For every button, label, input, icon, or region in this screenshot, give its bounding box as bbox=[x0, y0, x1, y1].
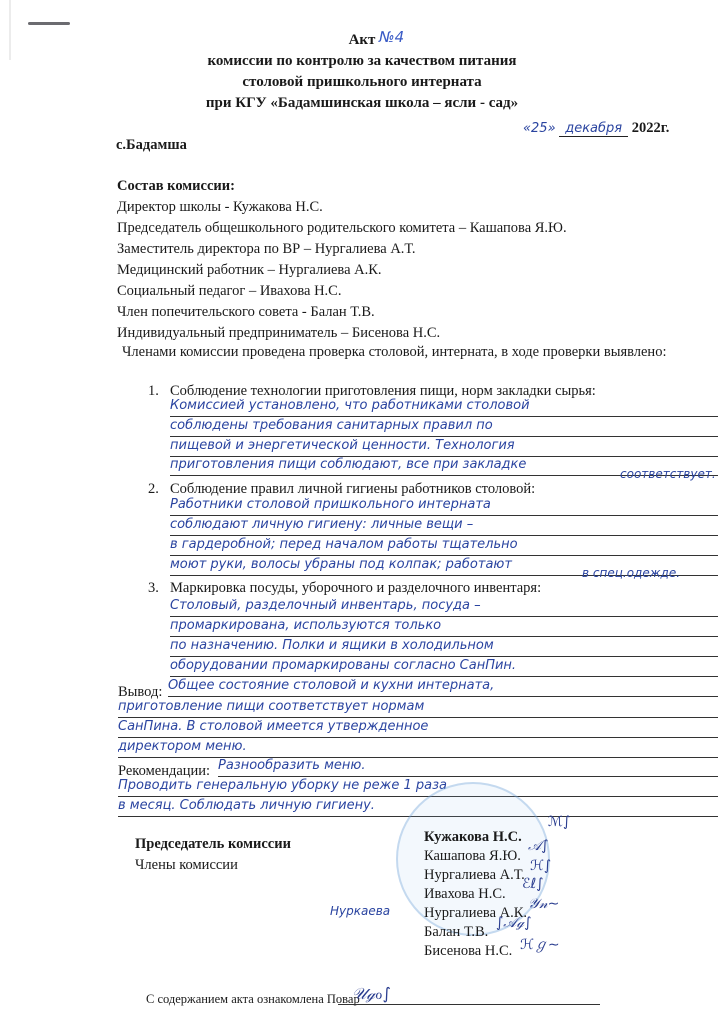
date-day: «25» bbox=[523, 121, 556, 136]
signature-mark: ℳ∫ bbox=[548, 814, 570, 830]
document-page: Акт комиссии по контролю за качеством пи… bbox=[0, 0, 724, 1024]
member-line: Член попечительского совета - Балан Т.В. bbox=[117, 302, 567, 323]
signature-mark: 𝒜∫ bbox=[528, 838, 549, 854]
handwritten-line: директором меню. bbox=[118, 738, 718, 758]
member-line: Социальный педагог – Ивахова Н.С. bbox=[117, 281, 567, 302]
member-name: Бисенова Н.С. bbox=[424, 942, 527, 961]
title-line-1: комиссии по контролю за качеством питани… bbox=[0, 51, 724, 72]
member-line: Индивидуальный предприниматель – Бисенов… bbox=[117, 323, 567, 344]
handwritten-line: Работники столовой пришкольного интернат… bbox=[170, 496, 718, 516]
handwritten-line: пищевой и энергетической ценности. Техно… bbox=[170, 437, 718, 457]
document-title: Акт комиссии по контролю за качеством пи… bbox=[0, 30, 724, 114]
chair-name: Кужакова Н.С. bbox=[424, 828, 527, 847]
handwritten-line: в гардеробной; перед началом работы тщат… bbox=[170, 536, 718, 556]
handwritten-word: соответствует. bbox=[620, 467, 716, 481]
handwritten-word: в спец.одежде. bbox=[582, 566, 680, 580]
signature-mark: ℋℊ∼ bbox=[520, 934, 560, 954]
date-year: 2022г. bbox=[632, 120, 670, 136]
handwritten-line: соблюдены требования санитарных правил п… bbox=[170, 417, 718, 437]
signature-mark: 𝒴𝓃∼ bbox=[528, 896, 559, 912]
date-month: декабря bbox=[559, 121, 628, 137]
chair-label: Председатель комиссии bbox=[135, 836, 291, 853]
member-line: Медицинский работник – Нургалиева А.К. bbox=[117, 260, 567, 281]
act-title: Акт bbox=[0, 30, 724, 51]
handwritten-line: соблюдают личную гигиену: личные вещи – bbox=[170, 516, 718, 536]
member-name: Ивахова Н.С. bbox=[424, 885, 527, 904]
signature-mark: ∫𝒜ℊ∫ bbox=[496, 915, 532, 931]
handwritten-line: Проводить генеральную уборку не реже 1 р… bbox=[118, 777, 718, 797]
cook-acknowledgement: С содержанием акта ознакомлена Повар bbox=[146, 992, 360, 1007]
staple-mark bbox=[28, 22, 70, 25]
cook-signature: 𝒰ℊℴ∫ bbox=[352, 984, 391, 1004]
title-line-3: при КГУ «Бадамшинская школа – ясли - сад… bbox=[0, 93, 724, 114]
members-label: Члены комиссии bbox=[135, 857, 238, 874]
act-number: №4 bbox=[379, 28, 404, 46]
signature-names: Кужакова Н.С. Кашапова Я.Ю. Нургалиева А… bbox=[424, 828, 527, 961]
signature-mark: ℋ∫ bbox=[530, 858, 551, 874]
document-date: «25» декабря 2022г. bbox=[523, 120, 669, 137]
member-line: Председатель общешкольного родительского… bbox=[117, 218, 567, 239]
section-3-title: 3.Маркировка посуды, уборочного и раздел… bbox=[148, 580, 541, 597]
member-line: Директор школы - Кужакова Н.С. bbox=[117, 197, 567, 218]
handwritten-line: приготовление пищи соответствует нормам bbox=[118, 698, 718, 718]
title-line-2: столовой пришкольного интерната bbox=[0, 72, 724, 93]
handwritten-line: промаркирована, используются только bbox=[170, 617, 718, 637]
member-line: Заместитель директора по ВР – Нургалиева… bbox=[117, 239, 567, 260]
cook-signature-line bbox=[338, 1004, 600, 1005]
commission-composition: Состав комиссии: Директор школы - Кужако… bbox=[117, 176, 567, 344]
handwritten-surname: Нуркаева bbox=[330, 904, 390, 918]
handwritten-line: СанПина. В столовой имеется утвержденное bbox=[118, 718, 718, 738]
signature-mark: ℰℓ∫ bbox=[522, 876, 544, 892]
handwritten-line: оборудовании промаркированы согласно Сан… bbox=[170, 657, 718, 677]
composition-heading: Состав комиссии: bbox=[117, 176, 567, 197]
member-name: Нургалиева А.Т. bbox=[424, 866, 527, 885]
handwritten-line: Комиссией установлено, что работниками с… bbox=[170, 397, 718, 417]
inspection-intro: Членами комиссии проведена проверка стол… bbox=[122, 344, 666, 361]
place: с.Бадамша bbox=[116, 137, 187, 154]
handwritten-line: Общее состояние столовой и кухни интерна… bbox=[168, 677, 718, 697]
handwritten-line: по назначению. Полки и ящики в холодильн… bbox=[170, 637, 718, 657]
handwritten-line: Разнообразить меню. bbox=[218, 757, 718, 777]
member-name: Кашапова Я.Ю. bbox=[424, 847, 527, 866]
handwritten-line: Столовый, разделочный инвентарь, посуда … bbox=[170, 597, 718, 617]
